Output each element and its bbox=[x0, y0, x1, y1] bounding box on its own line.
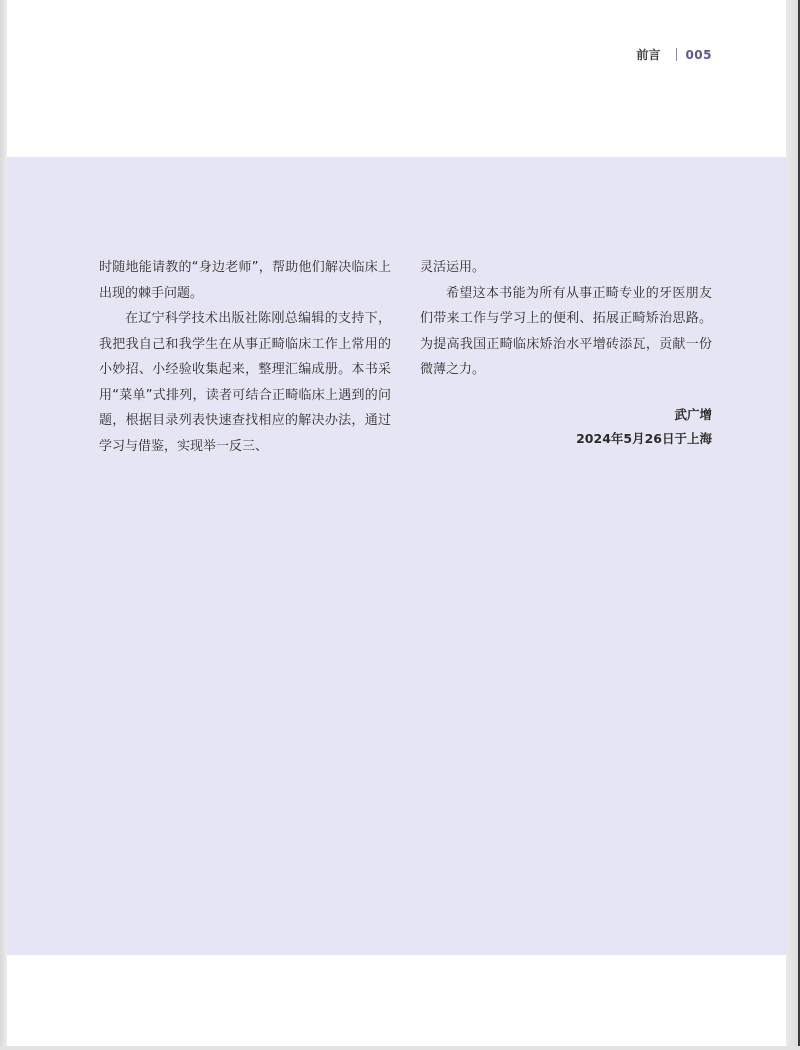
paragraph: 灵活运用。 bbox=[420, 255, 712, 281]
page-bottom-edge bbox=[0, 1046, 800, 1050]
paragraph: 时随地能请教的“身边老师”，帮助他们解决临床上出现的棘手问题。 bbox=[99, 255, 391, 306]
left-text-column: 时随地能请教的“身边老师”，帮助他们解决临床上出现的棘手问题。 在辽宁科学技术出… bbox=[99, 255, 391, 459]
paragraph: 在辽宁科学技术出版社陈刚总编辑的支持下，我把我自己和我学生在从事正畸临床工作上常… bbox=[99, 306, 391, 459]
signature-date-place: 2024年5月26日于上海 bbox=[420, 427, 712, 451]
running-header: 前言 005 bbox=[636, 46, 712, 63]
header-divider bbox=[676, 48, 677, 61]
page-left-edge bbox=[0, 0, 7, 1050]
right-text-column: 灵活运用。 希望这本书能为所有从事正畸专业的牙医朋友们带来工作与学习上的便利、拓… bbox=[420, 255, 712, 451]
author-signature: 武广增 bbox=[420, 403, 712, 427]
document-page: 前言 005 时随地能请教的“身边老师”，帮助他们解决临床上出现的棘手问题。 在… bbox=[7, 0, 786, 1046]
page-number: 005 bbox=[685, 48, 712, 62]
paragraph: 希望这本书能为所有从事正畸专业的牙医朋友们带来工作与学习上的便利、拓展正畸矫治思… bbox=[420, 281, 712, 383]
section-title: 前言 bbox=[636, 46, 660, 63]
content-panel: 时随地能请教的“身边老师”，帮助他们解决临床上出现的棘手问题。 在辽宁科学技术出… bbox=[7, 157, 786, 955]
page-right-edge bbox=[786, 0, 798, 1050]
